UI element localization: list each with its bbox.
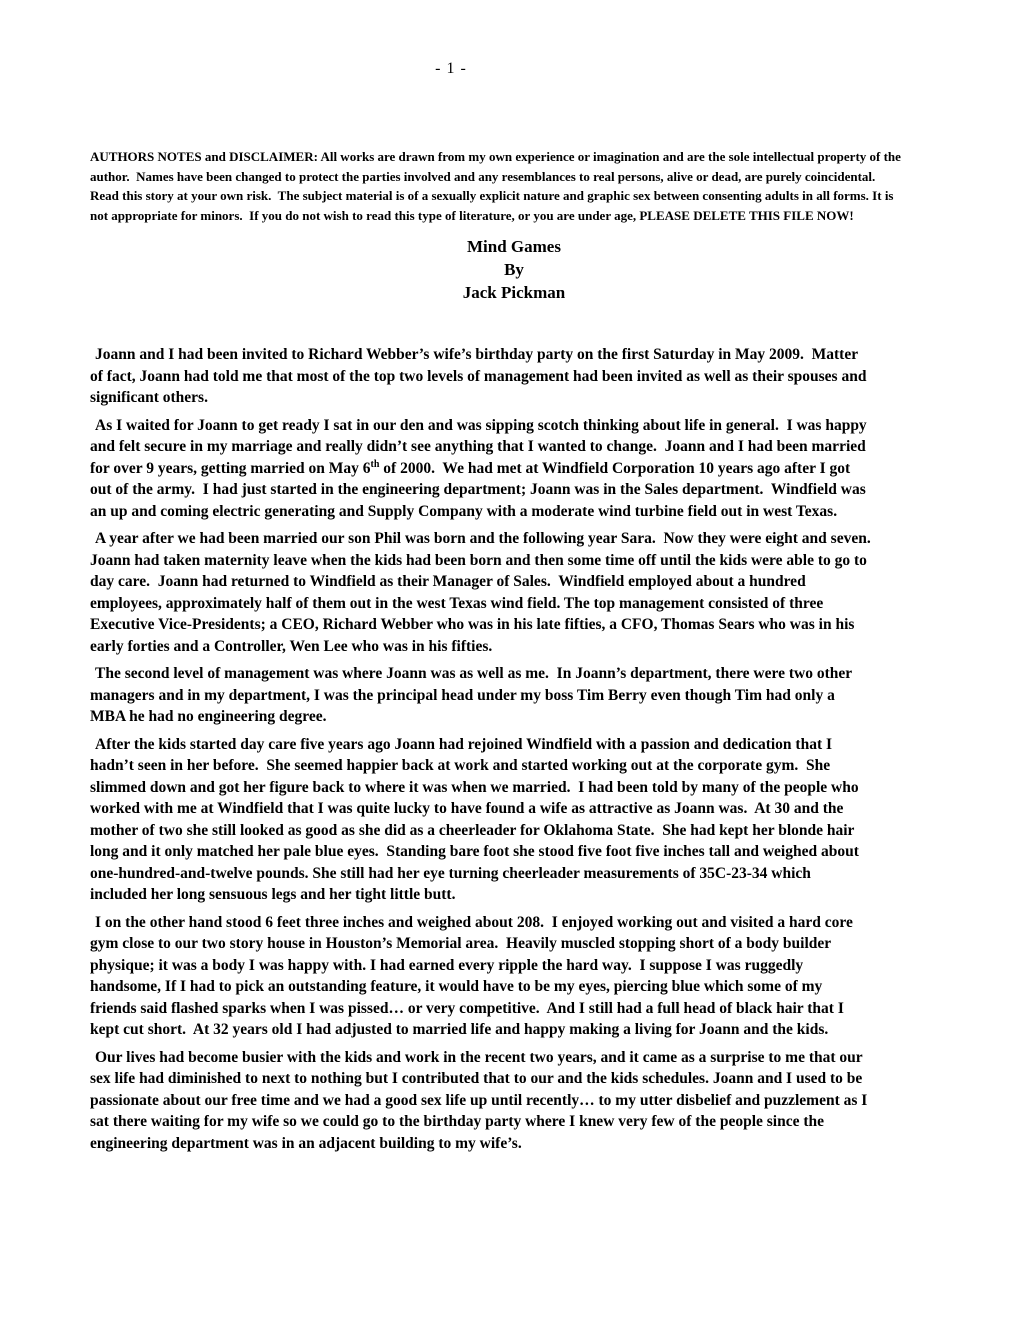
story-body: Joann and I had been invited to Richard …: [90, 344, 938, 1154]
page-content: AUTHORS NOTES and DISCLAIMER: All works …: [90, 147, 938, 1160]
story-paragraph: A year after we had been married our son…: [90, 528, 938, 657]
story-paragraph: After the kids started day care five yea…: [90, 734, 938, 906]
authors-notes-disclaimer: AUTHORS NOTES and DISCLAIMER: All works …: [90, 147, 938, 225]
story-paragraph: I on the other hand stood 6 feet three i…: [90, 912, 938, 1041]
story-title: Mind Games: [90, 235, 938, 258]
page-number: - 1 -: [0, 60, 902, 78]
story-paragraph: Joann and I had been invited to Richard …: [90, 344, 938, 409]
title-block: Mind Games By Jack Pickman: [90, 235, 938, 304]
story-paragraph: The second level of management was where…: [90, 663, 938, 728]
story-paragraph: Our lives had become busier with the kid…: [90, 1047, 938, 1155]
story-paragraph: As I waited for Joann to get ready I sat…: [90, 415, 938, 523]
byline: By: [90, 258, 938, 281]
author-name: Jack Pickman: [90, 281, 938, 304]
